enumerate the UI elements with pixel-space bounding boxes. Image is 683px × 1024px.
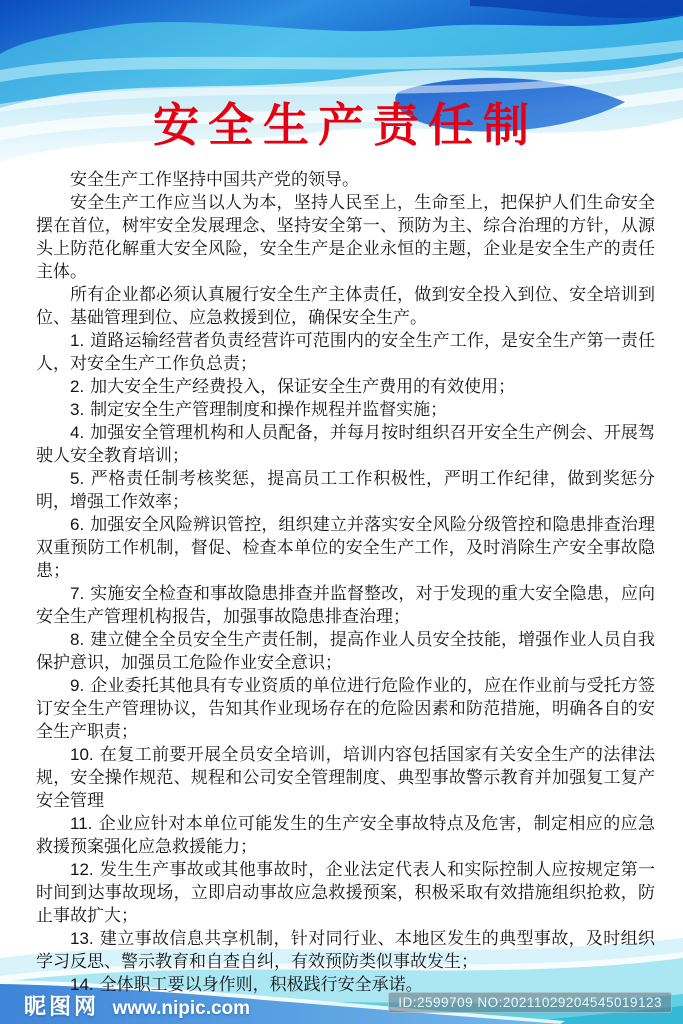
item-number: 12. [70,860,94,879]
item-number: 7. [70,584,84,603]
list-item-12: 12.发生生产事故或其他事故时，企业法定代表人和实际控制人应按规定第一时间到达事… [36,858,655,927]
nipic-watermark: 昵图网 www.nipic.com [24,990,250,1021]
item-number: 9. [70,676,84,695]
list-item-13: 13.建立事故信息共享机制，针对同行业、本地区发生的典型事故，及时组织学习反思、… [36,927,655,973]
nipic-logo: 昵图网 [24,994,99,1019]
item-number: 11. [70,814,92,833]
nipic-url: www.nipic.com [112,998,250,1019]
list-item-5: 5.严格责任制考核奖惩，提高员工工作积极性，严明工作纪律，做到奖惩分明，增强工作… [36,467,655,513]
intro-paragraph-1: 安全生产工作坚持中国共产党的领导。 [36,168,655,191]
item-text: 加大安全生产经费投入，保证安全生产费用的有效使用； [90,377,515,396]
list-item-6: 6.加强安全风险辨识管控，组织建立并落实安全风险分级管控和隐患排查治理双重预防工… [36,513,655,582]
item-text: 加强安全风险辨识管控，组织建立并落实安全风险分级管控和隐患排查治理双重预防工作机… [36,515,655,580]
document-content: 安全生产责任制 安全生产工作坚持中国共产党的领导。 安全生产工作应当以人为本，坚… [36,0,655,996]
list-item-4: 4.加强安全管理机构和人员配备，并每月按时组织召开安全生产例会、开展驾驶人安全教… [36,421,655,467]
item-text: 加强安全管理机构和人员配备，并每月按时组织召开安全生产例会、开展驾驶人安全教育培… [36,423,655,465]
item-number: 5. [70,469,84,488]
item-text: 发生生产事故或其他事故时，企业法定代表人和实际控制人应按规定第一时间到达事故现场… [36,860,655,925]
item-text: 严格责任制考核奖惩，提高员工工作积极性，严明工作纪律，做到奖惩分明，增强工作效率… [36,469,655,511]
safety-poster: 安全生产责任制 安全生产工作坚持中国共产党的领导。 安全生产工作应当以人为本，坚… [0,0,683,1024]
item-text: 在复工前要开展全员安全培训，培训内容包括国家有关安全生产的法律法规，安全操作规范… [36,745,655,810]
list-item-10: 10.在复工前要开展全员安全培训，培训内容包括国家有关安全生产的法律法规，安全操… [36,743,655,812]
intro-paragraph-3: 所有企业都必须认真履行安全生产主体责任，做到安全投入到位、安全培训到位、基础管理… [36,283,655,329]
list-item-1: 1.道路运输经营者负责经营许可范围内的安全生产工作，是安全生产第一责任人，对安全… [36,329,655,375]
page-title: 安全生产责任制 [36,97,655,153]
list-item-9: 9.企业委托其他具有专业资质的单位进行危险作业的，应在作业前与受托方签订安全生产… [36,674,655,743]
image-id-badge: ID:2599709 NO:20211029204545019123 [388,992,672,1013]
document-body: 安全生产工作坚持中国共产党的领导。 安全生产工作应当以人为本，坚持人民至上，生命… [36,168,655,996]
list-item-11: 11.企业应针对本单位可能发生的生产安全事故特点及危害，制定相应的应急救援预案强… [36,812,655,858]
item-number: 10. [70,745,94,764]
list-item-7: 7.实施安全检查和事故隐患排查并监督整改，对于发现的重大安全隐患，应向安全生产管… [36,582,655,628]
item-text: 实施安全检查和事故隐患排查并监督整改，对于发现的重大安全隐患，应向安全生产管理机… [36,584,655,626]
item-text: 道路运输经营者负责经营许可范围内的安全生产工作，是安全生产第一责任人，对安全生产… [36,331,655,373]
item-number: 2. [70,377,84,396]
intro-paragraph-2: 安全生产工作应当以人为本，坚持人民至上，生命至上，把保护人们生命安全摆在首位，树… [36,191,655,283]
item-number: 6. [70,515,84,534]
list-item-2: 2.加大安全生产经费投入，保证安全生产费用的有效使用； [36,375,655,398]
item-number: 8. [70,630,84,649]
item-text: 建立事故信息共享机制，针对同行业、本地区发生的典型事故，及时组织学习反思、警示教… [36,929,655,971]
list-item-8: 8.建立健全全员安全生产责任制，提高作业人员安全技能，增强作业人员自我保护意识，… [36,628,655,674]
item-number: 13. [70,929,94,948]
item-text: 企业委托其他具有专业资质的单位进行危险作业的，应在作业前与受托方签订安全生产管理… [36,676,655,741]
item-text: 建立健全全员安全生产责任制，提高作业人员安全技能，增强作业人员自我保护意识，加强… [36,630,655,672]
item-number: 4. [70,423,84,442]
item-number: 3. [70,400,84,419]
item-number: 1. [70,331,84,350]
list-item-3: 3.制定安全生产管理制度和操作规程并监督实施； [36,398,655,421]
item-text: 企业应针对本单位可能发生的生产安全事故特点及危害，制定相应的应急救援预案强化应急… [36,814,655,856]
item-text: 制定安全生产管理制度和操作规程并监督实施； [90,400,447,419]
